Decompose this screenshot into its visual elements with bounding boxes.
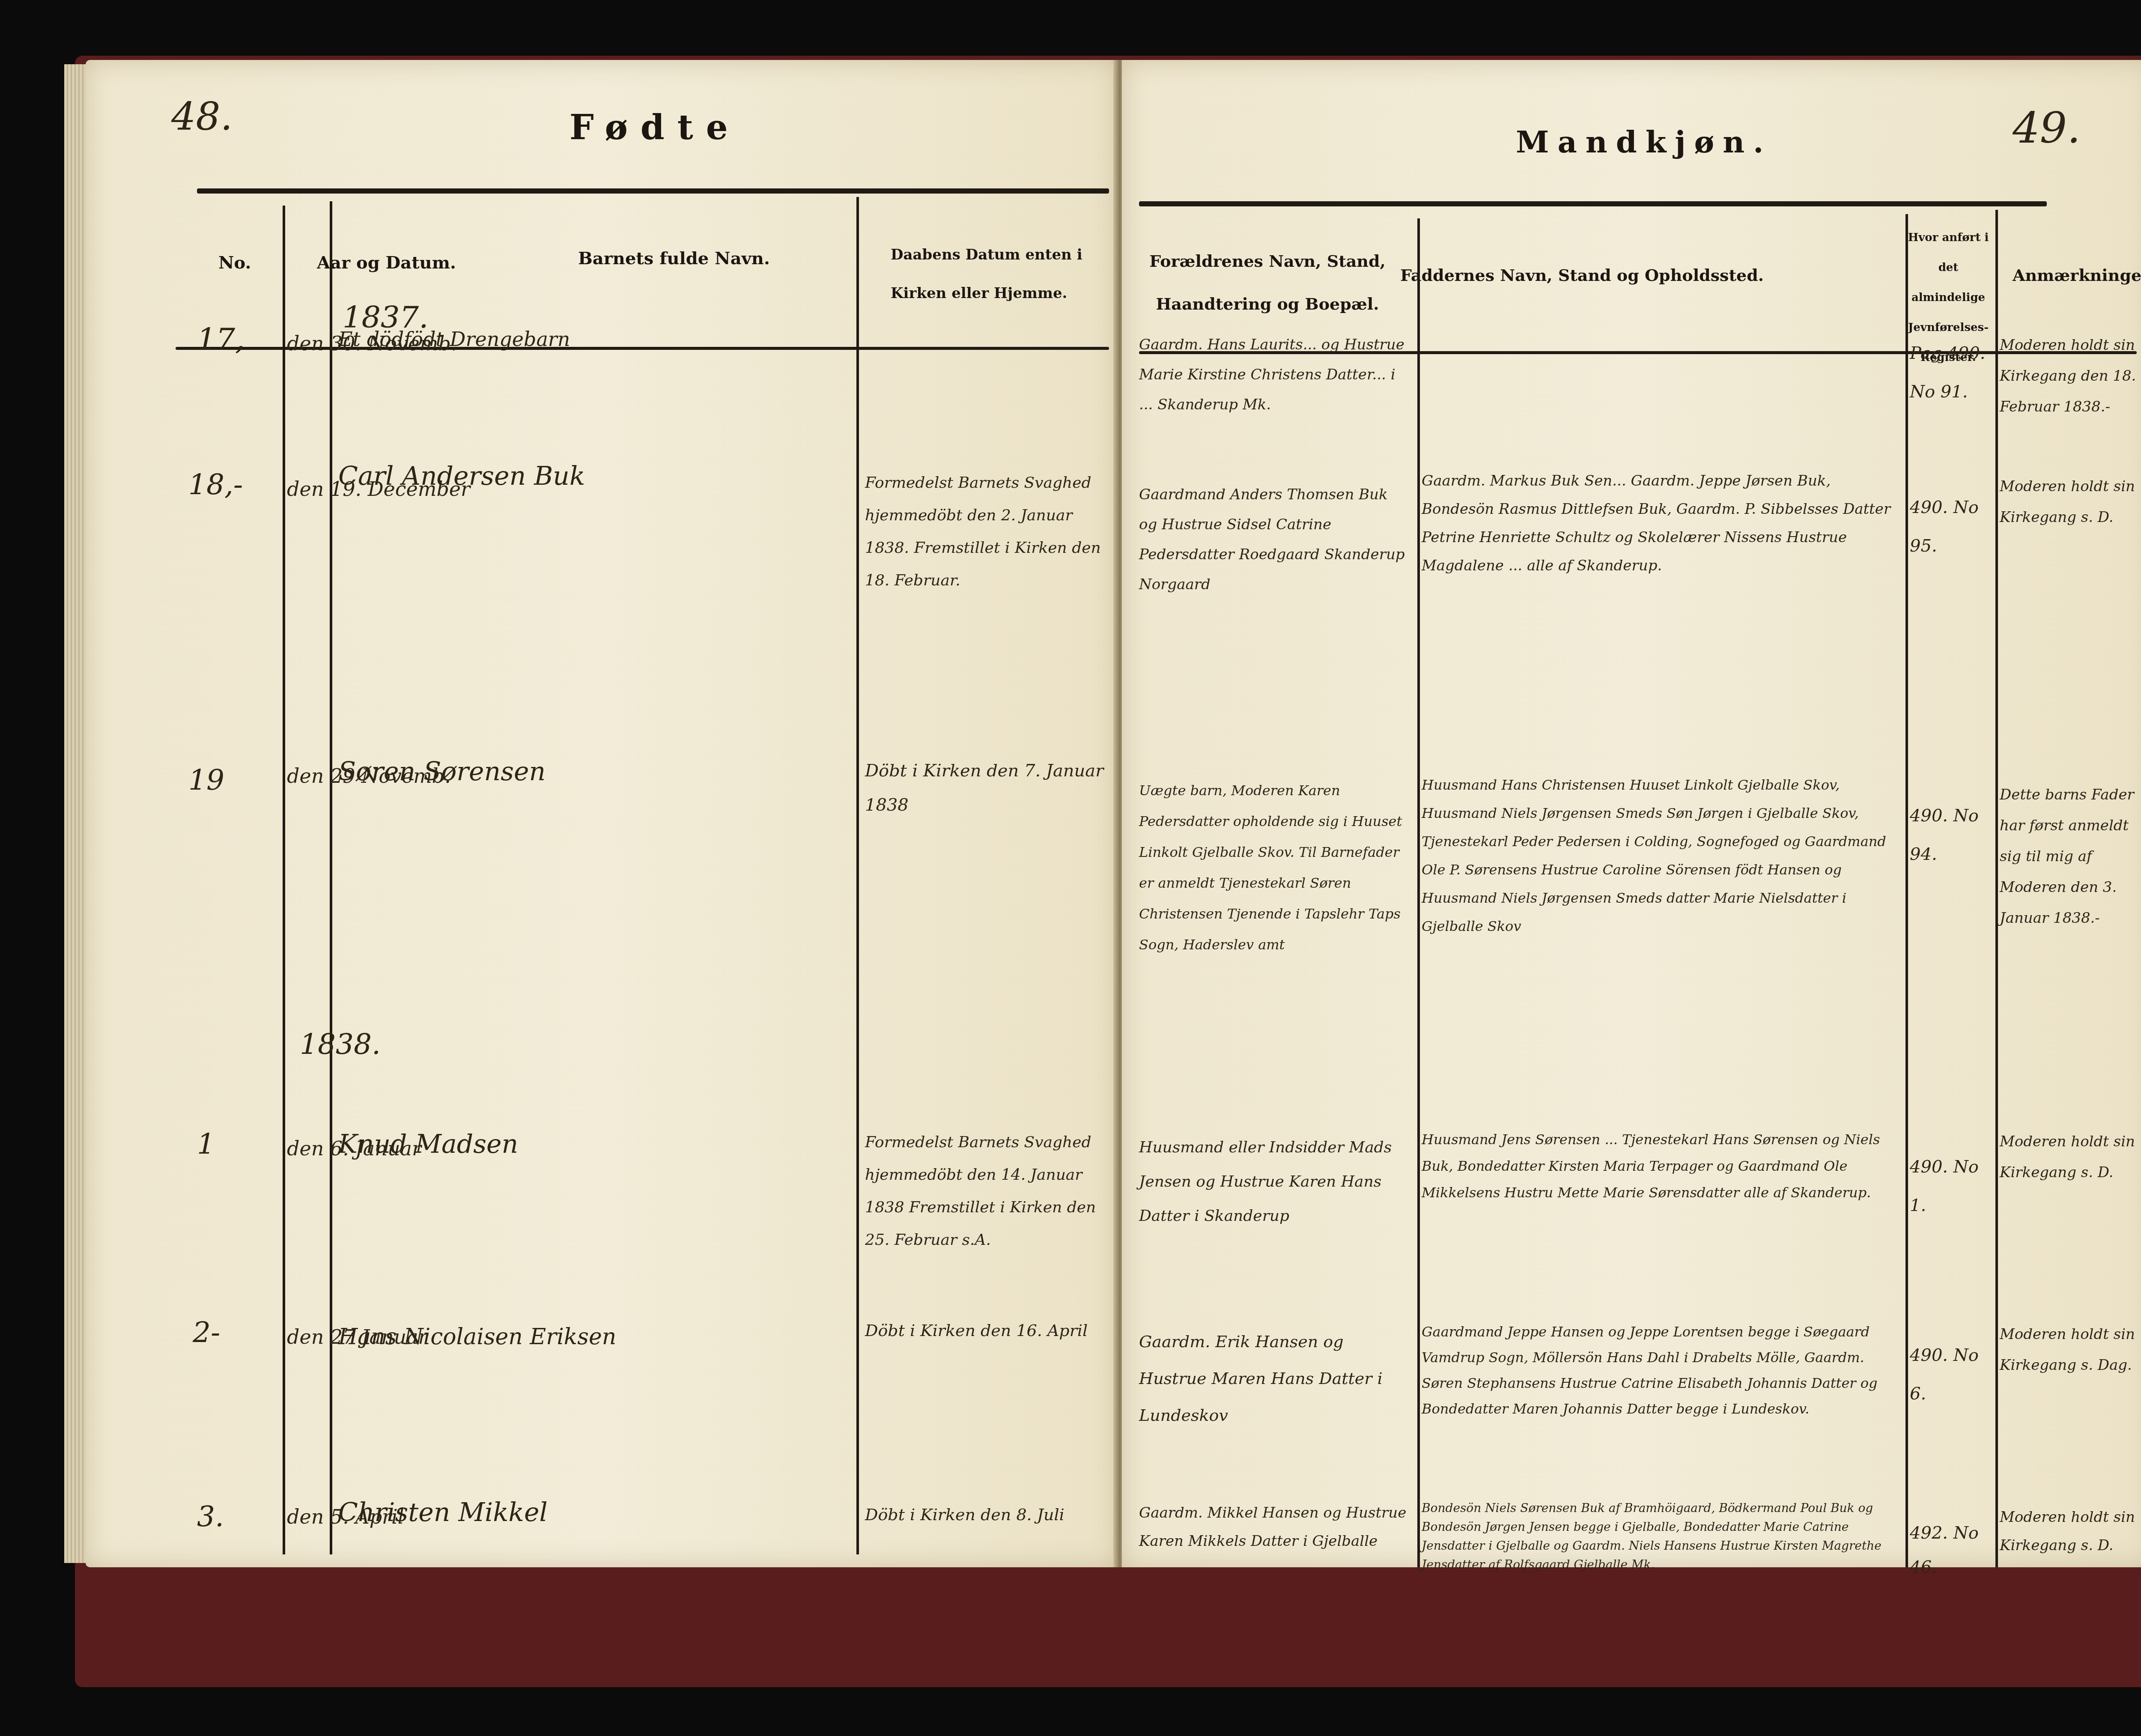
- entry-baptism: Formedelst Barnets Svaghed hjemmedöbt de…: [865, 467, 1105, 597]
- entry-godparents: Huusmand Jens Sørensen ... Tjenestekarl …: [1422, 1126, 1901, 1206]
- column-header-remarks: Anmærkninger.: [2013, 265, 2141, 285]
- entry-godparents: Gaardmand Jeppe Hansen og Jeppe Lorentse…: [1422, 1319, 1901, 1422]
- entry-parents: Uægte barn, Moderen Karen Pedersdatter o…: [1139, 775, 1409, 960]
- right-page: Mandkjøn. 49. Forældrenes Navn, Stand, H…: [1122, 60, 2141, 1567]
- entry-register: 490. No 1.: [1910, 1148, 1991, 1225]
- entry-no: 18,-: [188, 471, 243, 498]
- entry-godparents: Huusmand Hans Christensen Huuset Linkolt…: [1422, 771, 1901, 940]
- entry-baptism: Döbt i Kirken den 8. Juli: [865, 1499, 1105, 1530]
- column-header-no: No.: [218, 253, 251, 273]
- entry-child-name: Hans Nicolaisen Eriksen: [338, 1323, 616, 1351]
- entry-no: 2-: [193, 1319, 220, 1346]
- column-header-parents: Forældrenes Navn, Stand, Haandtering og …: [1148, 240, 1387, 325]
- entry-parents: Gaardm. Hans Laurits... og Hustrue Marie…: [1139, 330, 1409, 420]
- page-number-right: 49.: [2013, 103, 2081, 153]
- page-number-left: 48.: [171, 94, 233, 139]
- entry-godparents: Bondesön Niels Sørensen Buk af Bramhöiga…: [1422, 1499, 1901, 1574]
- column-divider: [1995, 210, 1998, 1567]
- entry-remarks: Moderen holdt sin Kirkegang s. Dag.: [2000, 1319, 2141, 1381]
- entry-parents: Gaardmand Anders Thomsen Buk og Hustrue …: [1139, 480, 1409, 600]
- entry-remarks: Dette barns Fader har først anmeldt sig …: [2000, 779, 2141, 934]
- column-header-godparents: Faddernes Navn, Stand og Opholdssted.: [1400, 265, 1764, 285]
- entry-no: 1: [197, 1130, 215, 1158]
- column-header-baptism: Daabens Datum enten i Kirken eller Hjemm…: [891, 236, 1109, 313]
- entry-register: 490. No 95.: [1910, 488, 1991, 565]
- entry-no: 3.: [197, 1503, 224, 1530]
- entry-child-name: Søren Sørensen: [338, 758, 546, 785]
- entry-child-name: Knud Madsen: [338, 1130, 518, 1158]
- entry-remarks: Moderen holdt sin Kirkegang s. D.: [2000, 471, 2141, 533]
- entry-baptism: Formedelst Barnets Svaghed hjemmedöbt de…: [865, 1126, 1105, 1256]
- column-divider: [330, 201, 332, 1554]
- column-divider: [283, 206, 285, 1554]
- header-rule: [197, 188, 1109, 194]
- page-title-left: Fødte: [570, 107, 741, 147]
- entry-no: 19: [188, 767, 224, 794]
- entry-child-name: Et dödfödt Drengebarn: [338, 325, 852, 353]
- page-title-right: Mandkjøn.: [1516, 124, 1772, 160]
- entry-parents: Huusmand eller Indsidder Mads Jensen og …: [1139, 1130, 1409, 1233]
- entry-no: 17,: [197, 325, 245, 353]
- column-divider: [1417, 218, 1420, 1567]
- entry-remarks: Moderen holdt sin Kirkegang den 18. Febr…: [2000, 330, 2141, 422]
- entry-register: Pag 490. No 91.: [1910, 334, 1991, 411]
- column-header-date: Aar og Datum.: [317, 253, 456, 273]
- left-page: 48. Fødte No. Aar og Datum. Barnets fuld…: [86, 60, 1118, 1567]
- year-1838: 1838.: [300, 1028, 381, 1061]
- header-rule: [1139, 201, 2047, 206]
- entry-register: 492. No 46.: [1910, 1516, 1991, 1584]
- column-divider: [856, 197, 859, 1554]
- entry-godparents: Gaardm. Markus Buk Sen... Gaardm. Jeppe …: [1422, 467, 1901, 580]
- entry-remarks: Moderen holdt sin Kirkegang s. D.: [2000, 1126, 2141, 1188]
- entry-register: 490. No 94.: [1910, 796, 1991, 874]
- entry-register: 490. No 6.: [1910, 1336, 1991, 1413]
- entry-baptism: Döbt i Kirken den 7. Januar 1838: [865, 754, 1105, 822]
- column-divider: [1905, 214, 1908, 1567]
- entry-baptism: Döbt i Kirken den 16. April: [865, 1315, 1105, 1346]
- entry-child-name: Carl Andersen Buk: [338, 462, 585, 490]
- column-header-child-name: Barnets fulde Navn.: [578, 248, 770, 268]
- entry-child-name: Christen Mikkel: [338, 1499, 548, 1526]
- entry-parents: Gaardm. Erik Hansen og Hustrue Maren Han…: [1139, 1323, 1409, 1434]
- entry-remarks: Moderen holdt sin Kirkegang s. D.: [2000, 1503, 2141, 1560]
- entry-parents: Gaardm. Mikkel Hansen og Hustrue Karen M…: [1139, 1499, 1409, 1555]
